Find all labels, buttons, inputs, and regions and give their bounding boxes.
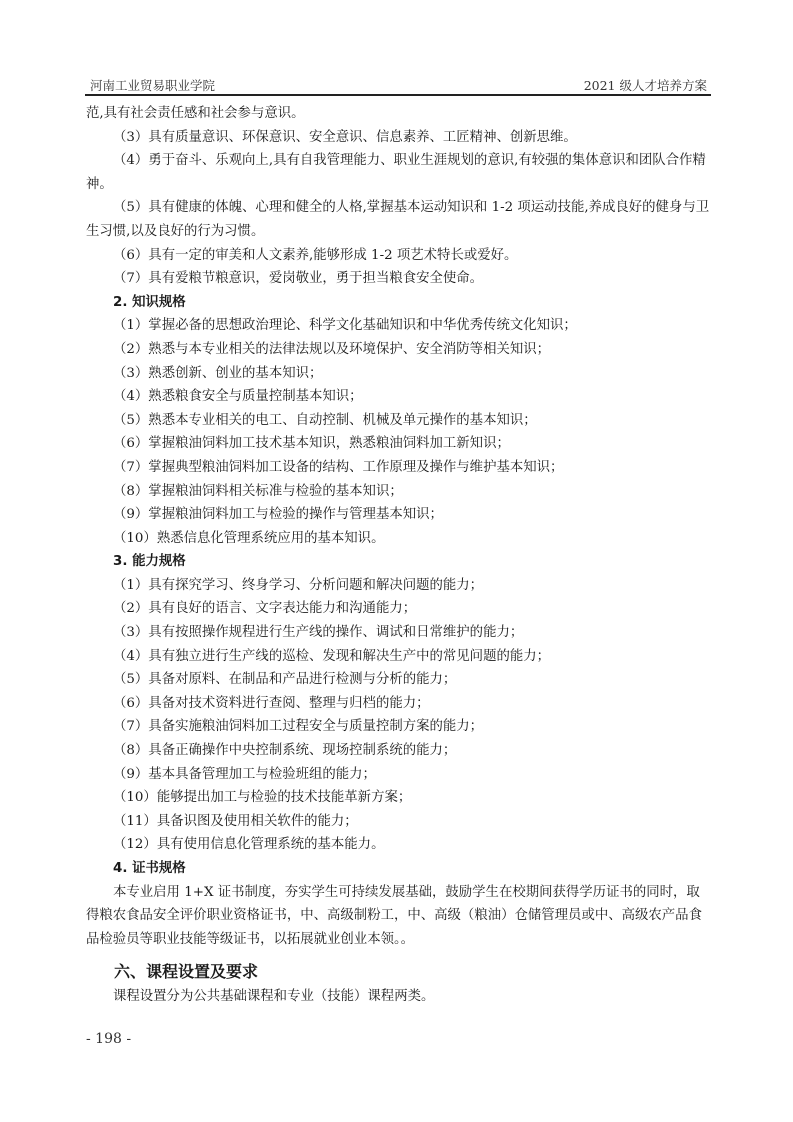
ability-item: （4）具有独立进行生产线的巡检、发现和解决生产中的常见问题的能力； <box>86 645 711 669</box>
ability-item: （5）具备对原料、在制品和产品进行检测与分析的能力； <box>86 668 711 692</box>
curriculum-text: 课程设置分为公共基础课程和专业（技能）课程两类。 <box>86 985 711 1009</box>
header-doc-title: 2021 级人才培养方案 <box>584 76 707 94</box>
ability-item: （2）具有良好的语言、文字表达能力和沟通能力； <box>86 597 711 621</box>
knowledge-item: （7）掌握典型粮油饲料加工设备的结构、工作原理及操作与维护基本知识； <box>86 456 711 480</box>
page-content: 范,具有社会责任感和社会参与意识。 （3）具有质量意识、环保意识、安全意识、信息… <box>86 102 711 1009</box>
ability-heading: 3. 能力规格 <box>86 550 711 574</box>
knowledge-item: （9）掌握粮油饲料加工与检验的操作与管理基本知识； <box>86 503 711 527</box>
knowledge-item: （3）熟悉创新、创业的基本知识； <box>86 362 711 386</box>
knowledge-item: （1）掌握必备的思想政治理论、科学文化基础知识和中华优秀传统文化知识； <box>86 314 711 338</box>
page-number: - 198 - <box>86 1031 131 1047</box>
ability-item: （8）具备正确操作中央控制系统、现场控制系统的能力； <box>86 739 711 763</box>
certificate-heading: 4. 证书规格 <box>86 857 711 881</box>
knowledge-heading: 2. 知识规格 <box>86 291 711 315</box>
knowledge-item: （2）熟悉与本专业相关的法律法规以及环境保护、安全消防等相关知识； <box>86 338 711 362</box>
ability-item: （1）具有探究学习、终身学习、分析问题和解决问题的能力； <box>86 574 711 598</box>
ability-item: （9）基本具备管理加工与检验班组的能力； <box>86 763 711 787</box>
certificate-text: 本专业启用 1+X 证书制度，夯实学生可持续发展基础，鼓励学生在校期间获得学历证… <box>86 881 711 952</box>
section-heading-curriculum: 六、课程设置及要求 <box>86 959 711 985</box>
ability-item: （3）具有按照操作规程进行生产线的操作、调试和日常维护的能力； <box>86 621 711 645</box>
ability-item: （7）具备实施粮油饲料加工过程安全与质量控制方案的能力； <box>86 715 711 739</box>
ability-item: （6）具备对技术资料进行查阅、整理与归档的能力； <box>86 692 711 716</box>
page-header: 河南工业贸易职业学院 2021 级人才培养方案 <box>85 73 711 96</box>
quality-item: （7）具有爱粮节粮意识，爱岗敬业，勇于担当粮食安全使命。 <box>86 267 711 291</box>
quality-item: （6）具有一定的审美和人文素养,能够形成 1-2 项艺术特长或爱好。 <box>86 244 711 268</box>
knowledge-item: （10）熟悉信息化管理系统应用的基本知识。 <box>86 527 711 551</box>
knowledge-item: （4）熟悉粮食安全与质量控制基本知识； <box>86 385 711 409</box>
quality-item: （5）具有健康的体魄、心理和健全的人格,掌握基本运动知识和 1-2 项运动技能,… <box>86 196 711 243</box>
quality-item: （4）勇于奋斗、乐观向上,具有自我管理能力、职业生涯规划的意识,有较强的集体意识… <box>86 149 711 196</box>
knowledge-item: （5）熟悉本专业相关的电工、自动控制、机械及单元操作的基本知识； <box>86 409 711 433</box>
ability-item: （12）具有使用信息化管理系统的基本能力。 <box>86 833 711 857</box>
knowledge-item: （6）掌握粮油饲料加工技术基本知识，熟悉粮油饲料加工新知识； <box>86 432 711 456</box>
knowledge-item: （8）掌握粮油饲料相关标准与检验的基本知识； <box>86 480 711 504</box>
ability-item: （11）具备识图及使用相关软件的能力； <box>86 810 711 834</box>
quality-item: （3）具有质量意识、环保意识、安全意识、信息素养、工匠精神、创新思维。 <box>86 126 711 150</box>
header-institution: 河南工业贸易职业学院 <box>90 76 215 94</box>
continuation-text: 范,具有社会责任感和社会参与意识。 <box>86 102 711 126</box>
ability-item: （10）能够提出加工与检验的技术技能革新方案； <box>86 786 711 810</box>
